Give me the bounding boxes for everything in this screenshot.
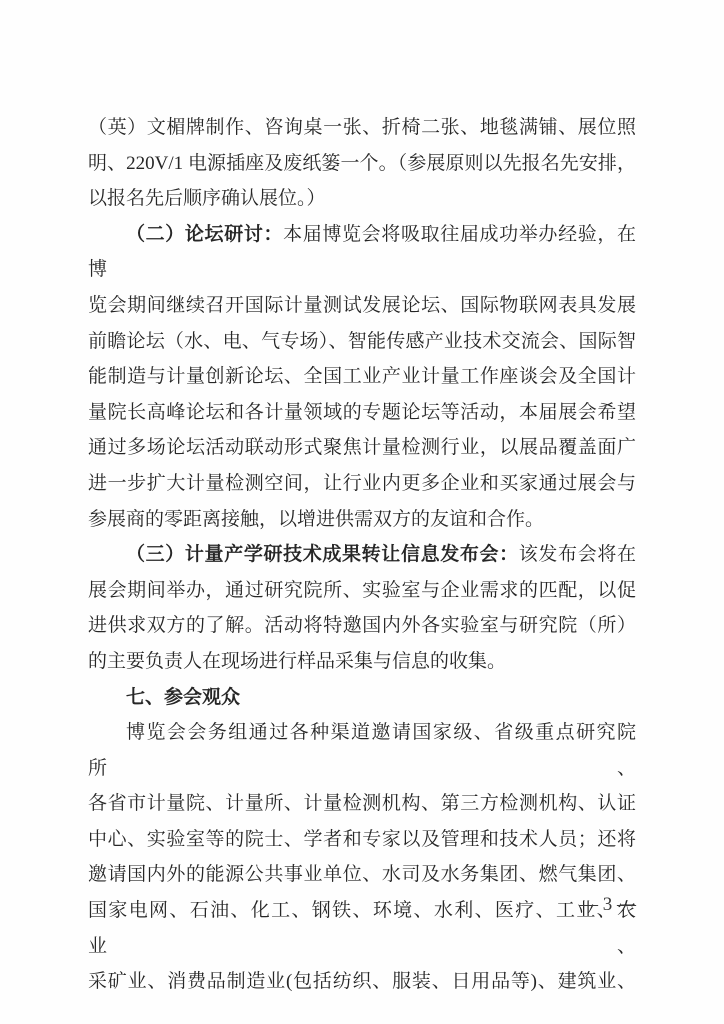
paragraph-forum-seminars: （二）论坛研讨：本届博览会将吸取往届成功举办经验，在博 览会期间继续召开国际计量… xyxy=(88,217,636,537)
text-line: 能制造与计量创新论坛、全国工业产业计量工作座谈会及全国计 xyxy=(88,359,636,395)
text-line: 邀请国内外的能源公共事业单位、水司及水务集团、燃气集团、 xyxy=(88,857,636,893)
text-line: 博览会会务组通过各种渠道邀请国家级、省级重点研究院所、 xyxy=(88,715,636,786)
paragraph-lead-tech-transfer: （三）计量产学研技术成果转让信息发布会： xyxy=(126,544,519,565)
text-line: 通过多场论坛活动联动形式聚焦计量检测行业，以展品覆盖面广 xyxy=(88,430,636,466)
paragraph-invited-audience: 博览会会务组通过各种渠道邀请国家级、省级重点研究院所、 各省市计量院、计量所、计… xyxy=(88,715,636,1000)
section-heading-attendees: 七、参会观众 xyxy=(88,680,636,716)
page-footer: — 3 — xyxy=(88,893,636,917)
text-line: 进一步扩大计量检测空间，让行业内更多企业和买家通过展会与 xyxy=(88,466,636,502)
text-line: 量院长高峰论坛和各计量领域的专题论坛等活动，本届展会希望 xyxy=(88,395,636,431)
text-line: 的主要负责人在现场进行样品采集与信息的收集。 xyxy=(88,644,636,680)
section-heading-text: 七、参会观众 xyxy=(88,680,636,716)
text-line: 中心、实验室等的院士、学者和专家以及管理和技术人员；还将 xyxy=(88,822,636,858)
text-line: 展会期间举办，通过研究院所、实验室与企业需求的匹配，以促 xyxy=(88,573,636,609)
text-line: 进供求双方的了解。活动将特邀国内外各实验室与研究院（所） xyxy=(88,608,636,644)
text-line: 参展商的零距离接触，以增进供需双方的友谊和合作。 xyxy=(88,502,636,538)
text-line: 前瞻论坛（水、电、气专场）、智能传感产业技术交流会、国际智 xyxy=(88,324,636,360)
text-line: 采矿业、消费品制造业(包括纺织、服装、日用品等)、建筑业、 xyxy=(88,964,636,1000)
text-line: （英）文楣牌制作、咨询桌一张、折椅二张、地毯满铺、展位照 xyxy=(88,110,636,146)
text-line: 以报名先后顺序确认展位。） xyxy=(88,181,636,217)
document-page: （英）文楣牌制作、咨询桌一张、折椅二张、地毯满铺、展位照 明、220V/1 电源… xyxy=(0,0,724,1024)
document-body: （英）文楣牌制作、咨询桌一张、折椅二张、地毯满铺、展位照 明、220V/1 电源… xyxy=(88,110,636,1000)
paragraph-lead-rest: 该发布会将在 xyxy=(519,544,636,565)
text-line: 明、220V/1 电源插座及废纸篓一个。（参展原则以先报名先安排， xyxy=(88,146,636,182)
paragraph-tech-transfer: （三）计量产学研技术成果转让信息发布会：该发布会将在 展会期间举办，通过研究院所… xyxy=(88,537,636,679)
paragraph-lead-forum: （二）论坛研讨： xyxy=(126,224,283,245)
page-number: — 3 — xyxy=(579,894,636,915)
text-line: （三）计量产学研技术成果转让信息发布会：该发布会将在 xyxy=(88,537,636,573)
paragraph-booth-supplies: （英）文楣牌制作、咨询桌一张、折椅二张、地毯满铺、展位照 明、220V/1 电源… xyxy=(88,110,636,217)
text-line: 览会期间继续召开国际计量测试发展论坛、国际物联网表具发展 xyxy=(88,288,636,324)
text-line: 各省市计量院、计量所、计量检测机构、第三方检测机构、认证 xyxy=(88,786,636,822)
text-line: （二）论坛研讨：本届博览会将吸取往届成功举办经验，在博 xyxy=(88,217,636,288)
